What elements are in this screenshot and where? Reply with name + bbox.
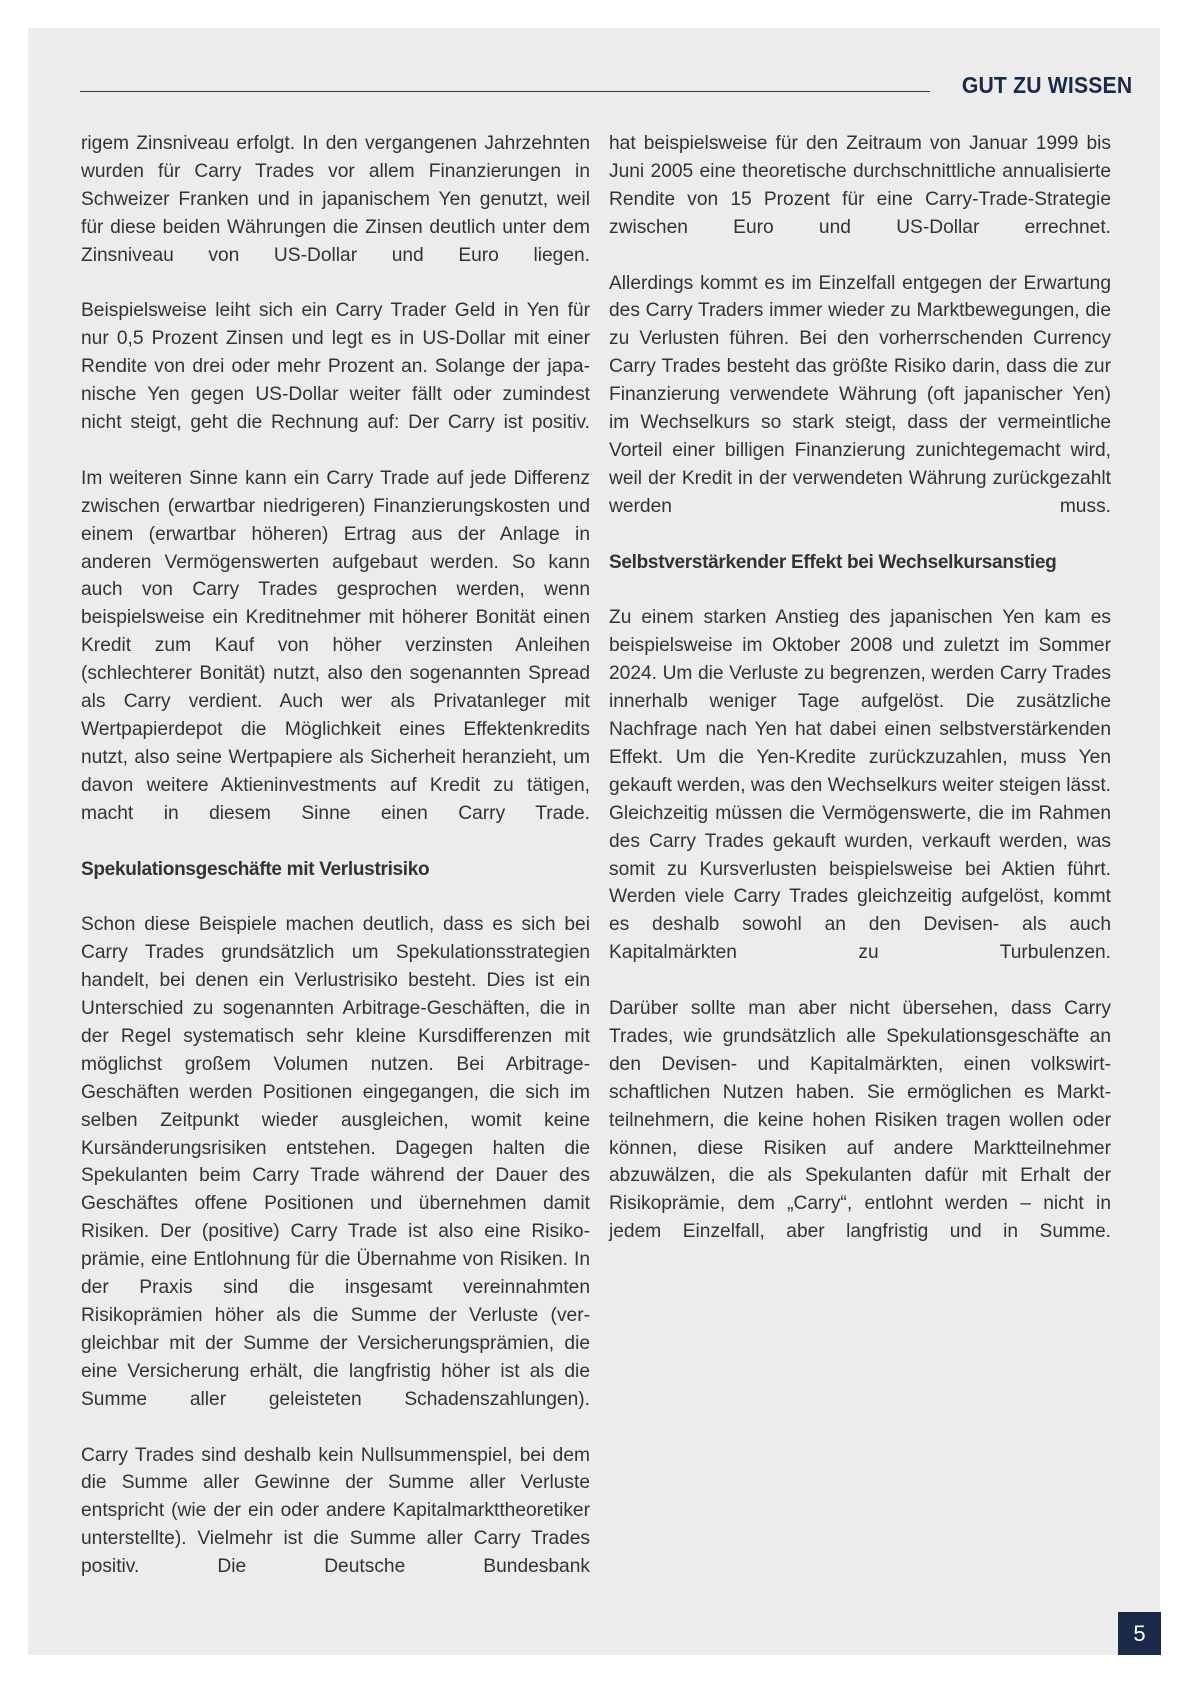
body-paragraph: Darüber sollte man aber nicht übersehen,… [609, 995, 1111, 1246]
left-column: rigem Zinsniveau erfolgt. In den vergang… [81, 130, 590, 1609]
section-title: GUT ZU WISSEN [961, 72, 1132, 99]
body-paragraph: Carry Trades sind deshalb kein Nullsumme… [81, 1442, 590, 1582]
body-paragraph: Allerdings kommt es im Einzelfall entgeg… [609, 270, 1111, 521]
section-heading: Selbstverstärkender Effekt bei Wechselku… [609, 549, 1111, 577]
section-heading: Spekulationsgeschäfte mit Verlustrisiko [81, 856, 590, 884]
document-page: GUT ZU WISSEN rigem Zinsniveau erfolgt. … [28, 28, 1160, 1655]
body-paragraph: Zu einem starken Anstieg des japanischen… [609, 604, 1111, 967]
body-paragraph: hat beispielsweise für den Zeitraum von … [609, 130, 1111, 242]
body-paragraph: Schon diese Beispiele machen deutlich, d… [81, 911, 590, 1413]
header-divider [80, 91, 930, 92]
page-number-badge: 5 [1118, 1612, 1161, 1655]
body-paragraph: Im weiteren Sinne kann ein Carry Trade a… [81, 465, 590, 828]
body-paragraph: rigem Zinsniveau erfolgt. In den vergang… [81, 130, 590, 270]
right-column: hat beispielsweise für den Zeitraum von … [609, 130, 1111, 1274]
body-paragraph: Beispielsweise leiht sich ein Carry Trad… [81, 297, 590, 437]
